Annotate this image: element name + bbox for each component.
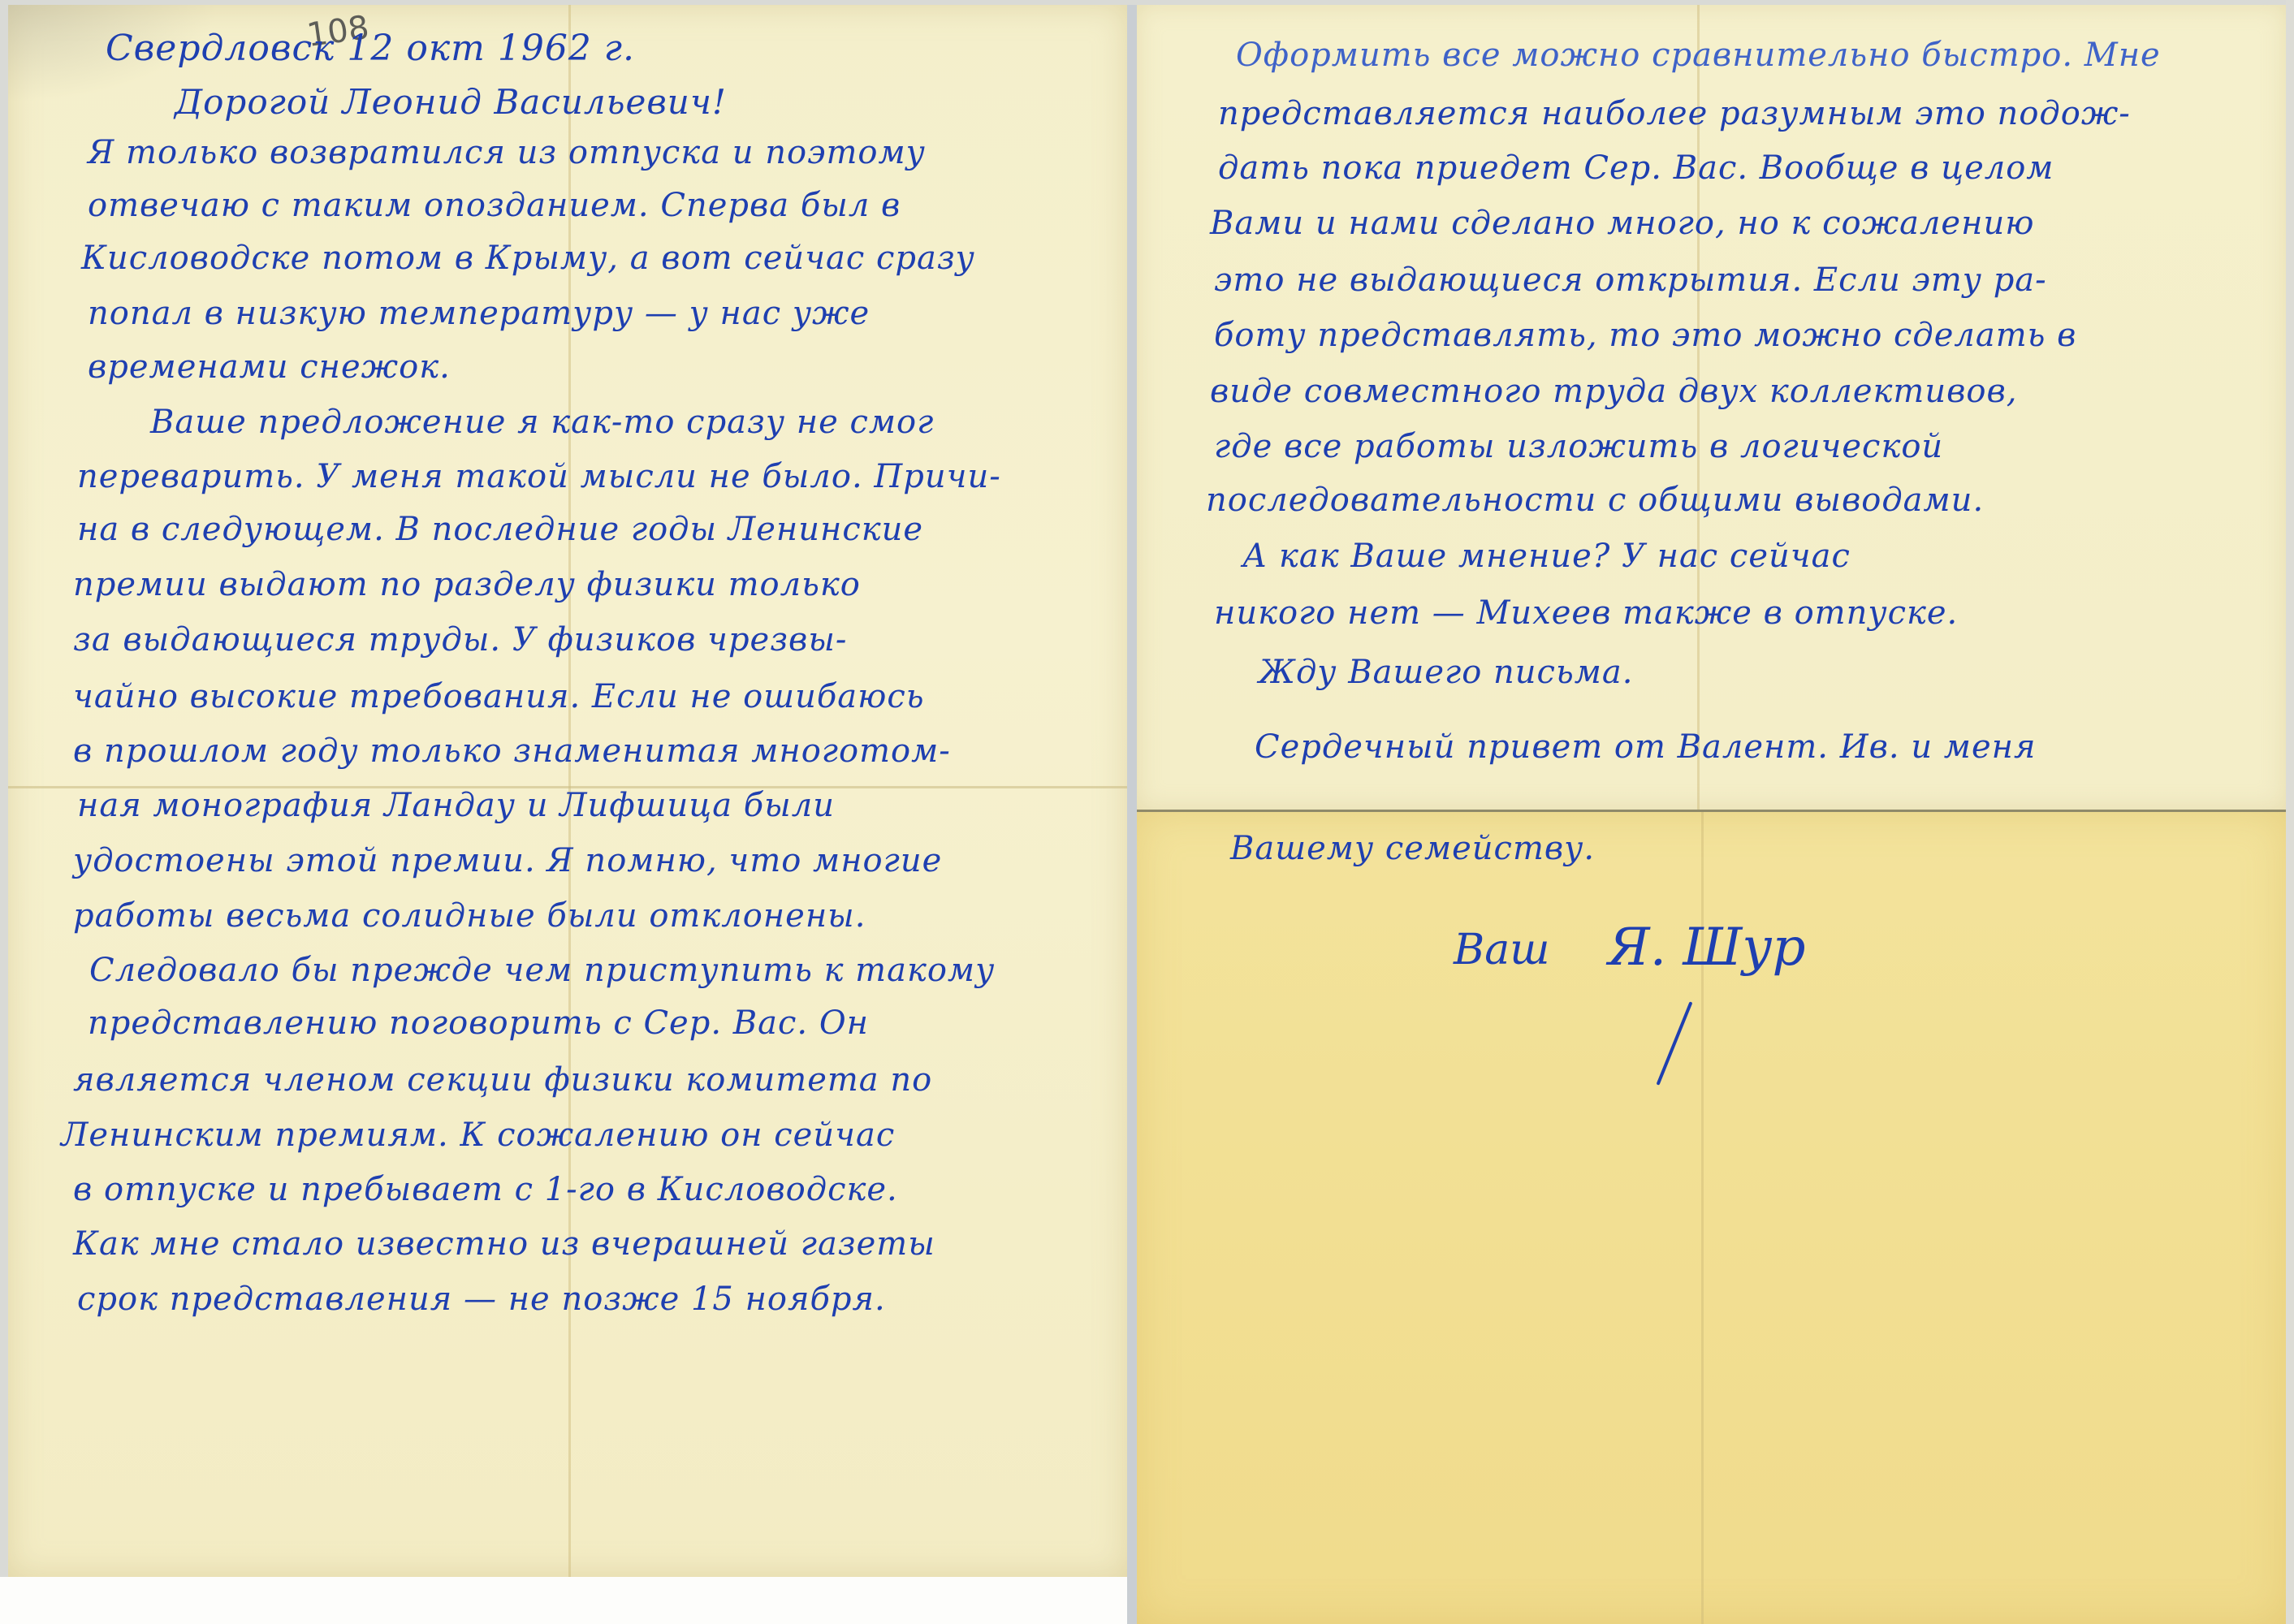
scanner-white-margin [0,1577,1133,1624]
letter-line: в отпуске и пребывает с 1-го в Кисловодс… [73,1173,898,1206]
letter-line: переварить. У меня такой мысли не было. … [77,460,1001,493]
letter-line: Жду Вашего письма. [1259,656,1633,689]
letter-line: Кисловодске потом в Крыму, а вот сейчас … [81,242,975,274]
letter-line: Ленинским премиям. К сожалению он сейчас [61,1119,895,1151]
letter-line: является членом секции физики комитета п… [73,1064,932,1096]
letter-greeting: Дорогой Леонид Васильевич! [175,85,727,119]
letter-line: Вашему семейству. [1230,832,1595,865]
letter-line: это не выдающиеся открытия. Если эту ра- [1214,264,2047,296]
letter-line: ная монография Ландау и Лифшица были [77,789,835,822]
closing-word: Ваш [1454,926,1549,974]
letter-line: Сердечный привет от Валент. Ив. и меня [1255,731,2036,763]
letter-line: А как Ваше мнение? У нас сейчас [1242,540,1851,572]
letter-line: отвечаю с таким опозданием. Сперва был в [88,189,901,222]
letter-line: попал в низкую температуру — у нас уже [88,297,870,330]
letter-line: дать пока приедет Сер. Вас. Вообще в цел… [1218,152,2054,184]
letter-line: где все работы изложить в логической [1214,430,1943,463]
letter-line: последовательности с общими выводами. [1206,484,1984,516]
letter-line: в прошлом году только знаменитая многото… [73,735,951,767]
signature: Я. Шур [1608,918,1806,978]
letter-line: боту представлять, то это можно сделать … [1214,319,2076,352]
scanner-right-margin [2286,0,2294,1624]
letter-line: чайно высокие требования. Если не ошибаю… [73,680,925,713]
letter-line: Оформить все можно сравнительно быстро. … [1236,39,2161,71]
letter-line: временами снежок. [88,351,451,383]
letter-line: Как мне стало известно из вчерашней газе… [73,1228,935,1260]
letter-line: Я только возвратился из отпуска и поэтом… [88,136,926,169]
letter-line: срок представления — не позже 15 ноября. [77,1283,886,1315]
letter-line: Вами и нами сделано много, но к сожалени… [1210,207,2034,240]
letter-line: за выдающиеся труды. У физиков чрезвы- [73,624,847,656]
letter-line: представлению поговорить с Сер. Вас. Он [88,1007,869,1039]
letter-place-date: Свердловск 12 окт 1962 г. [106,31,635,67]
letter-line: удостоены этой премии. Я помню, что мног… [73,844,942,877]
letter-line: работы весьма солидные были отклонены. [73,900,866,932]
page-gap [1127,5,1137,1624]
letter-line: Ваше предложение я как-то сразу не смог [150,406,934,438]
letter-line: на в следующем. В последние годы Ленинск… [77,513,923,546]
letter-line: Следовало бы прежде чем приступить к так… [89,954,995,987]
letter-line: никого нет — Михеев также в отпуске. [1214,597,1958,629]
letter-line: представляется наиболее разумным это под… [1218,97,2131,130]
letter-line: виде совместного труда двух коллективов, [1210,375,2017,408]
letter-line: премии выдают по разделу физики только [73,568,861,601]
